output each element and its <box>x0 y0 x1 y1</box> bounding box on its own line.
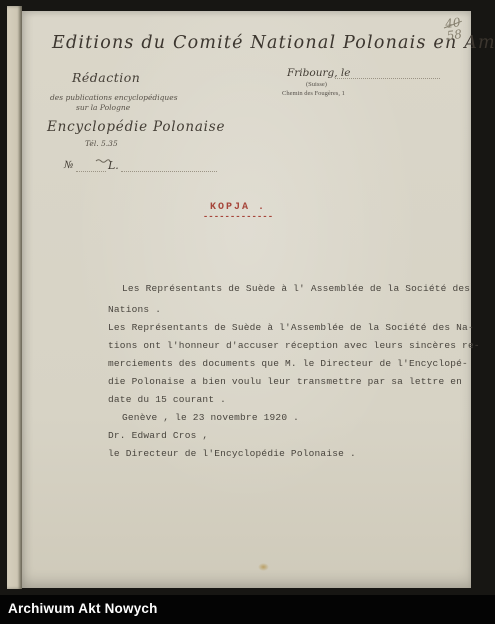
redaction-line: Rédaction <box>72 70 140 85</box>
kopja-stamp-underline: ------------- <box>190 212 286 222</box>
document-paper: Editions du Comité National Polonais en … <box>22 11 471 588</box>
letter-body: Les Représentants de Suède à l' Assemblé… <box>108 280 465 463</box>
body-line: date du 15 courant . <box>108 391 465 409</box>
kopja-stamp: KOPJA . ------------- <box>190 202 286 222</box>
letterhead-title: Editions du Comité National Polonais en … <box>52 33 437 53</box>
l-label: L. <box>108 159 119 172</box>
street-line: Chemin des Fougères, 1 <box>282 90 345 97</box>
date-dotted-line <box>335 78 440 79</box>
numero-label: № <box>64 160 73 171</box>
body-line: le Directeur de l'Encyclopédie Polonaise… <box>108 445 465 463</box>
body-line: merciements des documents que M. le Dire… <box>108 355 465 373</box>
body-line: Les Représentants de Suède à l' Assemblé… <box>108 280 465 301</box>
scan-background: Editions du Comité National Polonais en … <box>0 0 495 624</box>
body-line: Les Représentants de Suède à l'Assemblée… <box>108 319 465 337</box>
organization-name: Encyclopédie Polonaise <box>47 119 225 135</box>
archive-watermark-label: Archiwum Akt Nowych <box>8 601 158 616</box>
pencil-marks: 40 58 <box>444 17 462 42</box>
pencil-mark-crossed: 40 <box>444 17 461 30</box>
numero-dotted-line <box>76 171 106 172</box>
paper-stain <box>258 563 269 571</box>
telephone-line: Tél. 5.35 <box>85 139 118 148</box>
l-dotted-line <box>121 171 217 172</box>
body-line: die Polonaise a bien voulu leur transmet… <box>108 373 465 391</box>
archive-watermark-bar: Archiwum Akt Nowych <box>0 595 495 624</box>
body-line: Dr. Edward Cros , <box>108 427 465 445</box>
body-line: Genève , le 23 novembre 1920 . <box>108 409 465 427</box>
body-line: Nations . <box>108 301 465 319</box>
pologne-line: sur la Pologne <box>76 103 130 112</box>
body-line: tions ont l'honneur d'accuser réception … <box>108 337 465 355</box>
page-edge-strip <box>7 6 22 589</box>
publications-line: des publications encyclopédiques <box>50 93 178 102</box>
country-line: (Suisse) <box>306 81 327 88</box>
